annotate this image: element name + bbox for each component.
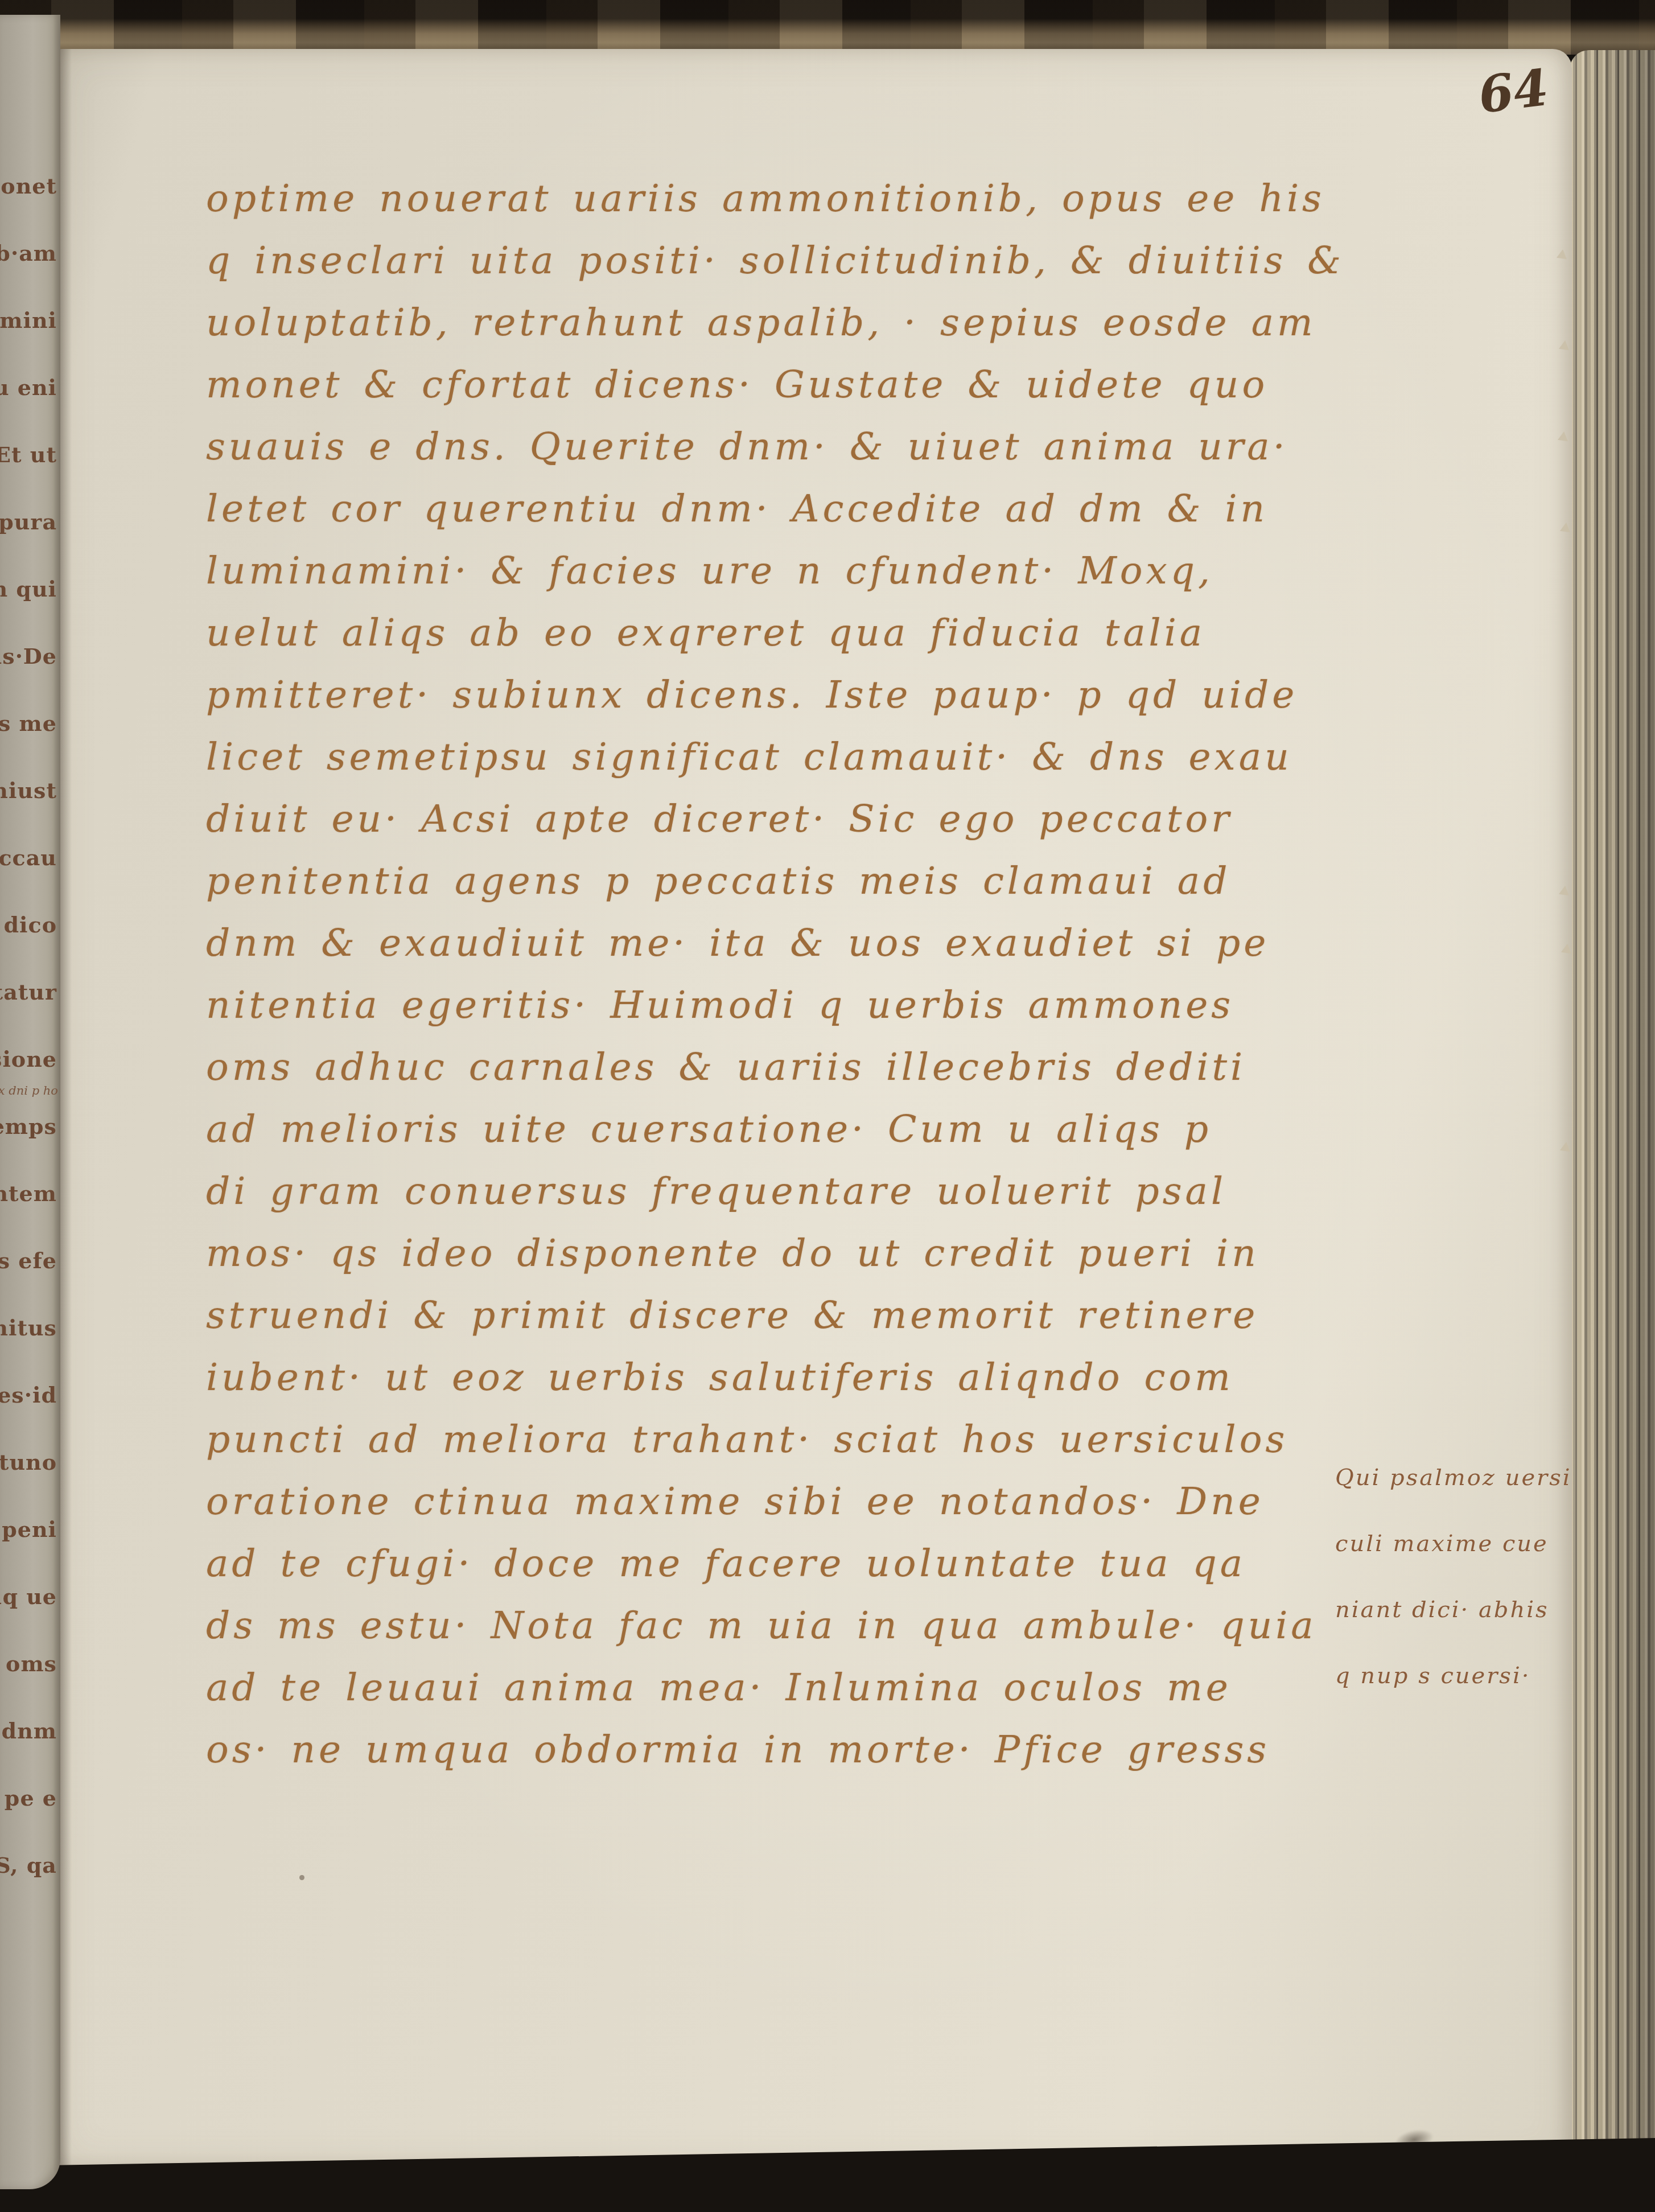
ink-dot <box>299 1875 304 1880</box>
text-line: pmitteret· subiunx dicens. Iste paup· p … <box>206 664 1378 726</box>
left-edge-fragment: cias me <box>0 690 57 757</box>
left-edge-fragment: pus efe <box>0 1227 57 1294</box>
text-line: q inseclari uita positi· sollicitudinib,… <box>206 229 1378 291</box>
left-edge-fragment: mitus <box>0 1294 57 1362</box>
edge-notch <box>1559 340 1570 350</box>
text-line: letet cor querentiu dnm· Accedite ad dm … <box>206 478 1378 540</box>
text-line: ad te cfugi· doce me facere uoluntate tu… <box>206 1532 1378 1594</box>
text-line: dnm & exaudiuit me· ita & uos exaudiet s… <box>206 912 1378 974</box>
left-edge-fragment: ad peni <box>0 1496 57 1563</box>
margin-note-line: Qui psalmoz uersi <box>1335 1445 1608 1511</box>
text-line: luminamini· & facies ure n cfundent· Mox… <box>206 540 1378 602</box>
left-edge-fragment: e pura <box>0 488 57 556</box>
text-line: optime nouerat uariis ammonitionib, opus… <box>206 167 1378 229</box>
text-line: ad melioris uite cuersatione· Cum u aliq… <box>206 1098 1378 1160</box>
left-edge-fragment: temini <box>0 287 57 354</box>
edge-notch <box>1560 522 1571 532</box>
text-line: di gram conuersus frequentare uoluerit p… <box>206 1160 1378 1222</box>
left-edge-fragment: iuq ue <box>0 1563 57 1630</box>
facing-page-line-endings: onetob·amteminipsu eni·Et ute puraam qui… <box>0 153 57 1899</box>
left-edge-fragment: intem <box>0 1160 57 1227</box>
left-edge-fragment: git dico <box>0 891 57 959</box>
left-edge-fragment: ortuno <box>0 1429 57 1496</box>
page-stack-fore-edge <box>1570 50 1655 2156</box>
text-line: uoluptatib, retrahunt aspalib, · sepius … <box>206 291 1378 353</box>
margin-note-line: niant dici· abhis <box>1335 1577 1608 1643</box>
left-edge-fragment: e iniust <box>0 757 57 824</box>
left-edge-fragment: onet <box>0 153 57 220</box>
left-edge-fragment: ses·id <box>0 1362 57 1429</box>
left-edge-fragment: S, qa <box>0 1832 57 1899</box>
text-line: iubent· ut eoz uerbis salutiferis aliqnd… <box>206 1346 1378 1408</box>
left-edge-fragment: ob·am <box>0 220 57 287</box>
text-line: struendi & primit discere & memorit reti… <box>206 1284 1378 1346</box>
left-edge-fragment: psu eni <box>0 354 57 421</box>
left-edge-fragment: peccau <box>0 824 57 891</box>
left-edge-fragment: rtatur <box>0 959 57 1026</box>
main-text: optime nouerat uariis ammonitionib, opus… <box>206 167 1378 1781</box>
left-edge-fragment: am qui <box>0 556 57 623</box>
text-line: ad te leuaui anima mea· Inlumina oculos … <box>206 1656 1378 1718</box>
text-line: mos· qs ideo disponente do ut credit pue… <box>206 1222 1378 1284</box>
text-line: diuit eu· Acsi apte diceret· Sic ego pec… <box>206 788 1378 850</box>
text-line: suauis e dns. Querite dnm· & uiuet anima… <box>206 416 1378 478</box>
left-edge-fragment: ·Et ut <box>0 421 57 488</box>
left-edge-fragment: pe e <box>0 1765 57 1832</box>
margin-note-line: q nup s cuersi· <box>1335 1643 1608 1709</box>
binding-top-band <box>0 0 1655 55</box>
text-line: nitentia egeritis· Huimodi q uerbis ammo… <box>206 974 1378 1036</box>
text-line: oratione ctinua maxime sibi ee notandos·… <box>206 1470 1378 1532</box>
edge-notch <box>1561 943 1572 953</box>
margin-note: Qui psalmoz uersiculi maxime cueniant di… <box>1335 1445 1608 1709</box>
facing-page-edge: onetob·amteminipsu eni·Et ute puraam qui… <box>0 15 60 2189</box>
folio-number: 64 <box>1475 57 1551 125</box>
text-line: os· ne umqua obdormia in morte· Pfice gr… <box>206 1718 1378 1781</box>
text-line: ds ms estu· Nota fac m uia in qua ambule… <box>206 1594 1378 1656</box>
edge-notch <box>1557 249 1568 259</box>
edge-notch <box>1560 1141 1571 1152</box>
left-edge-fragment: ssione <box>0 1026 57 1093</box>
manuscript-page: 64 optime nouerat uariis ammonitionib, o… <box>57 49 1572 2168</box>
edge-notch <box>1559 885 1570 895</box>
margin-note-line: culi maxime cue <box>1335 1511 1608 1577</box>
left-edge-fragment: d dnm <box>0 1697 57 1765</box>
left-edge-fragment: ens·De <box>0 623 57 690</box>
text-line: licet semetipsu significat clamauit· & d… <box>206 726 1378 788</box>
edge-notch <box>1558 431 1569 441</box>
left-edge-fragment: temps <box>0 1093 57 1160</box>
text-line: puncti ad meliora trahant· sciat hos uer… <box>206 1408 1378 1470</box>
interlinear-gloss: ex dni p ho <box>0 1084 58 1097</box>
manuscript-photo: 64 optime nouerat uariis ammonitionib, o… <box>0 0 1655 2212</box>
text-line: monet & cfortat dicens· Gustate & uidete… <box>206 353 1378 416</box>
left-edge-fragment: ns oms <box>0 1630 57 1697</box>
text-line: oms adhuc carnales & uariis illecebris d… <box>206 1036 1378 1098</box>
text-line: uelut aliqs ab eo exqreret qua fiducia t… <box>206 602 1378 664</box>
text-line: penitentia agens p peccatis meis clamaui… <box>206 850 1378 912</box>
